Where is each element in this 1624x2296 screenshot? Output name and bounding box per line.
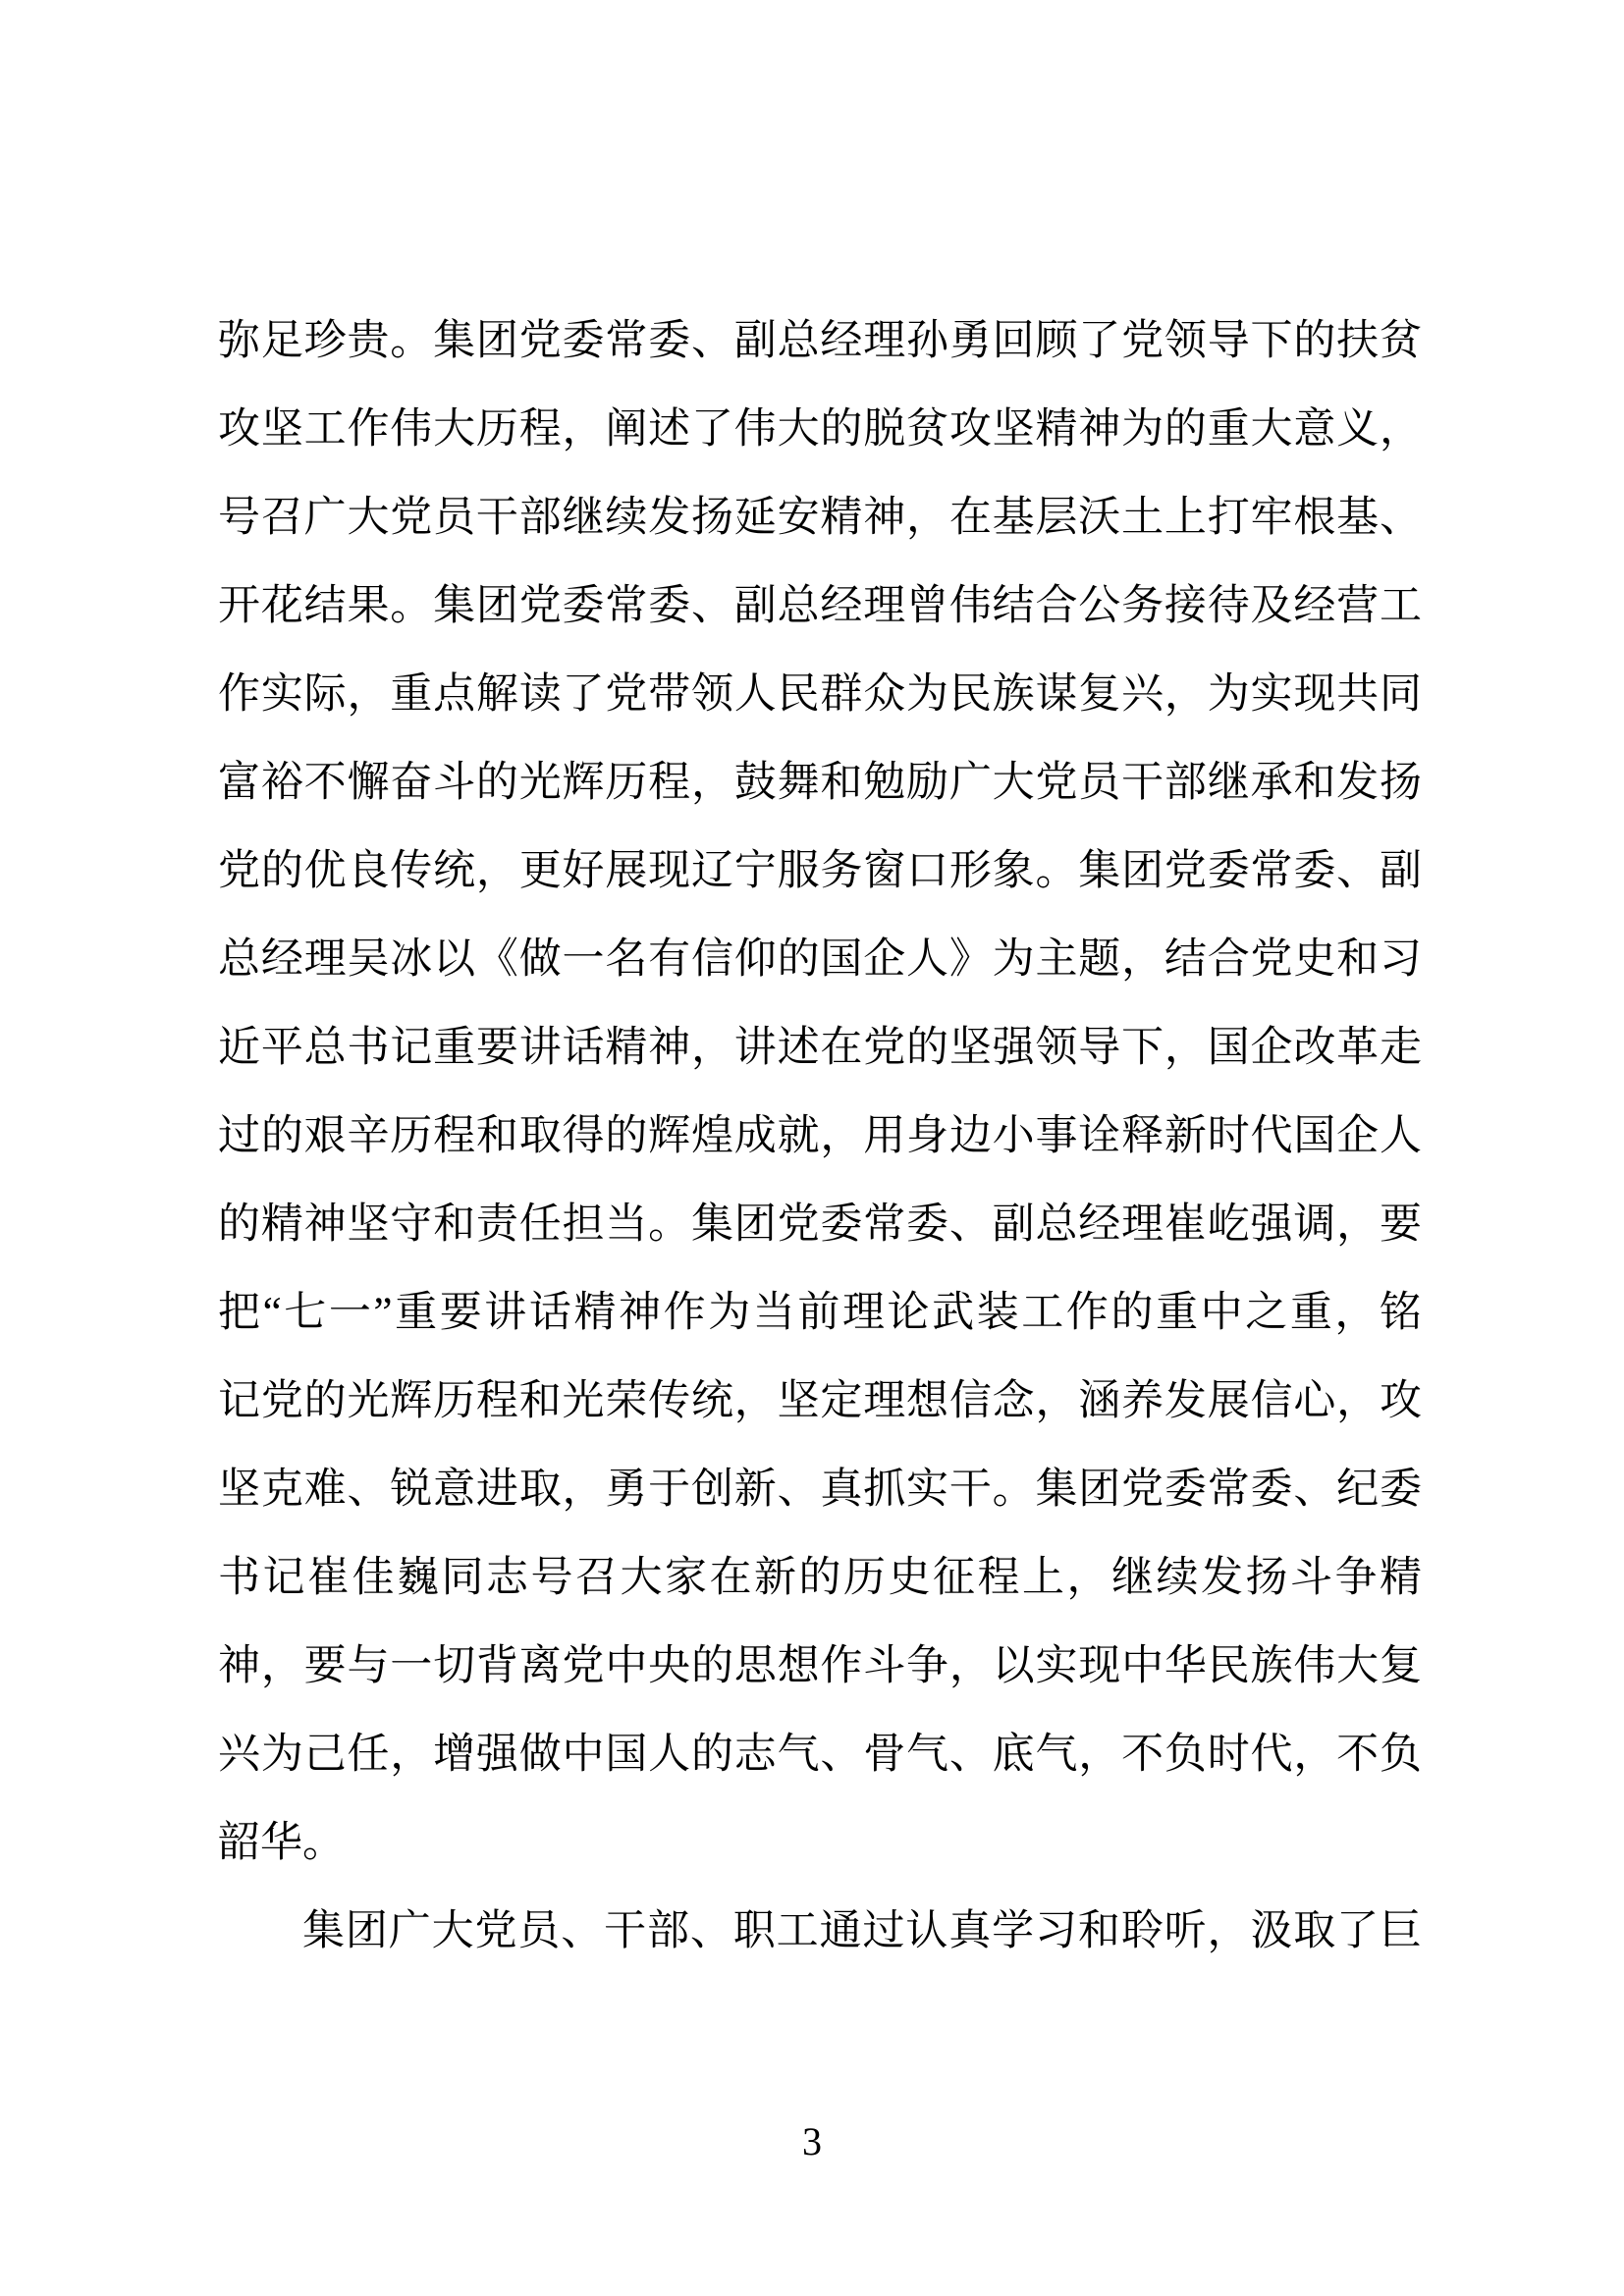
document-page: 弥足珍贵。集团党委常委、副总经理孙勇回顾了党领导下的扶贫攻坚工作伟大历程，阐述了…: [0, 0, 1624, 2296]
text-line: 的精神坚守和责任担当。集团党委常委、副总经理崔屹强调，要: [218, 1181, 1422, 1269]
text-line: 攻坚工作伟大历程，阐述了伟大的脱贫攻坚精神为的重大意义，: [218, 386, 1422, 474]
text-line: 党的优良传统，更好展现辽宁服务窗口形象。集团党委常委、副: [218, 828, 1422, 916]
page-number: 3: [0, 2120, 1624, 2163]
text-line: 神，要与一切背离党中央的思想作斗争，以实现中华民族伟大复: [218, 1623, 1422, 1711]
text-line: 把“七一”重要讲话精神作为当前理论武装工作的重中之重，铭: [218, 1269, 1422, 1358]
text-line: 开花结果。集团党委常委、副总经理曾伟结合公务接待及经营工: [218, 562, 1422, 651]
text-line: 富裕不懈奋斗的光辉历程，鼓舞和勉励广大党员干部继承和发扬: [218, 739, 1422, 828]
text-line: 书记崔佳巍同志号召大家在新的历史征程上，继续发扬斗争精: [218, 1534, 1422, 1623]
text-line: 韶华。: [218, 1799, 1422, 1888]
text-line: 作实际，重点解读了党带领人民群众为民族谋复兴，为实现共同: [218, 651, 1422, 739]
text-line: 记党的光辉历程和光荣传统，坚定理想信念，涵养发展信心，攻: [218, 1358, 1422, 1446]
text-line: 坚克难、锐意进取，勇于创新、真抓实干。集团党委常委、纪委: [218, 1446, 1422, 1534]
text-line: 弥足珍贵。集团党委常委、副总经理孙勇回顾了党领导下的扶贫: [218, 297, 1422, 386]
text-line: 号召广大党员干部继续发扬延安精神，在基层沃土上打牢根基、: [218, 474, 1422, 562]
text-line: 总经理吴冰以《做一名有信仰的国企人》为主题，结合党史和习: [218, 916, 1422, 1004]
text-line: 集团广大党员、干部、职工通过认真学习和聆听，汲取了巨: [218, 1888, 1422, 1976]
text-line: 兴为己任，增强做中国人的志气、骨气、底气，不负时代，不负: [218, 1711, 1422, 1799]
document-body: 弥足珍贵。集团党委常委、副总经理孙勇回顾了党领导下的扶贫攻坚工作伟大历程，阐述了…: [218, 297, 1422, 1976]
text-line: 近平总书记重要讲话精神，讲述在党的坚强领导下，国企改革走: [218, 1004, 1422, 1093]
text-line: 过的艰辛历程和取得的辉煌成就，用身边小事诠释新时代国企人: [218, 1093, 1422, 1181]
